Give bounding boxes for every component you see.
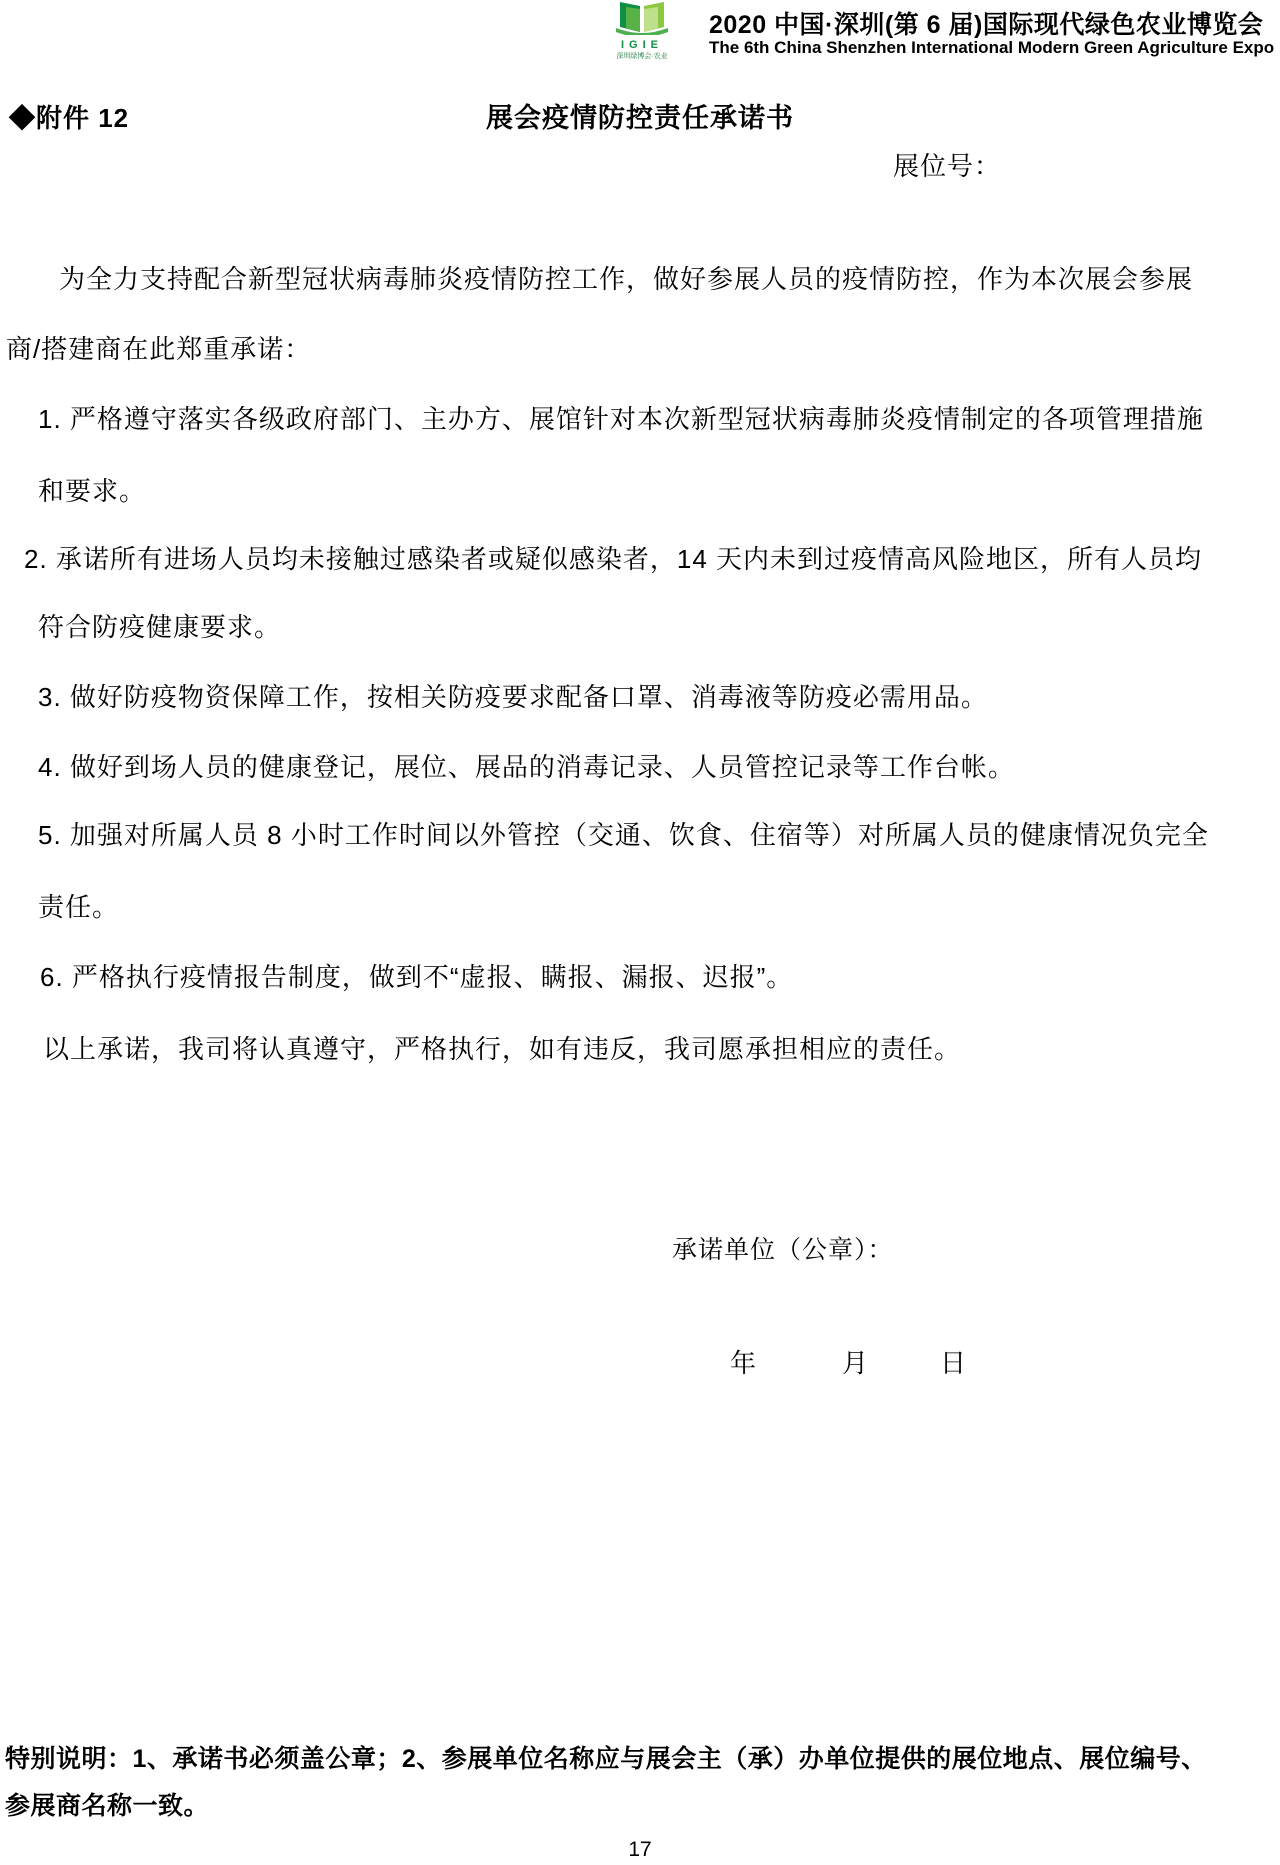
booth-number-label: 展位号： xyxy=(893,151,1001,182)
header-title-en: The 6th China Shenzhen International Mod… xyxy=(709,38,1274,58)
expo-logo: IGIE 深圳绿博会·农业 xyxy=(610,1,674,61)
signature-unit-label: 承诺单位（公章）： xyxy=(672,1235,894,1265)
commitment-item-line: 6. 严格执行疫情报告制度，做到不“虚报、瞒报、漏报、迟报”。 xyxy=(40,962,793,993)
logo-caption: 深圳绿博会·农业 xyxy=(610,51,674,61)
commitment-item-line: 符合防疫健康要求。 xyxy=(38,612,281,643)
logo-book-icon xyxy=(613,1,671,35)
logo-acronym: IGIE xyxy=(610,39,674,51)
document-page: IGIE 深圳绿博会·农业 2020 中国·深圳(第 6 届)国际现代绿色农业博… xyxy=(0,0,1280,1865)
commitment-item-line: 5. 加强对所属人员 8 小时工作时间以外管控（交通、饮食、住宿等）对所属人员的… xyxy=(38,820,1209,851)
special-note-line: 参展商名称一致。 xyxy=(5,1791,209,1821)
closing-statement: 以上承诺，我司将认真遵守，严格执行，如有违反，我司愿承担相应的责任。 xyxy=(43,1034,961,1065)
commitment-item-line: 3. 做好防疫物资保障工作，按相关防疫要求配备口罩、消毒液等防疫必需用品。 xyxy=(38,682,988,713)
attachment-label: ◆附件 12 xyxy=(9,103,129,134)
intro-line: 为全力支持配合新型冠状病毒肺炎疫情防控工作，做好参展人员的疫情防控，作为本次展会… xyxy=(59,264,1193,295)
date-year-label: 年 xyxy=(730,1348,757,1379)
commitment-item-line: 2. 承诺所有进场人员均未接触过感染者或疑似感染者，14 天内未到过疫情高风险地… xyxy=(24,544,1202,575)
commitment-item-line: 和要求。 xyxy=(38,476,146,507)
date-month-label: 月 xyxy=(842,1348,869,1379)
commitment-item-line: 4. 做好到场人员的健康登记，展位、展品的消毒记录、人员管控记录等工作台帐。 xyxy=(38,752,1015,783)
special-note-line: 特别说明：1、承诺书必须盖公章；2、参展单位名称应与展会主（承）办单位提供的展位… xyxy=(5,1744,1207,1774)
intro-line: 商/搭建商在此郑重承诺： xyxy=(6,334,311,365)
header-title-cn: 2020 中国·深圳(第 6 届)国际现代绿色农业博览会 xyxy=(709,5,1263,41)
commitment-item-line: 1. 严格遵守落实各级政府部门、主办方、展馆针对本次新型冠状病毒肺炎疫情制定的各… xyxy=(38,404,1204,435)
date-day-label: 日 xyxy=(940,1348,967,1379)
commitment-item-line: 责任。 xyxy=(38,892,119,923)
page-number: 17 xyxy=(0,1838,1280,1862)
document-title: 展会疫情防控责任承诺书 xyxy=(486,102,794,134)
